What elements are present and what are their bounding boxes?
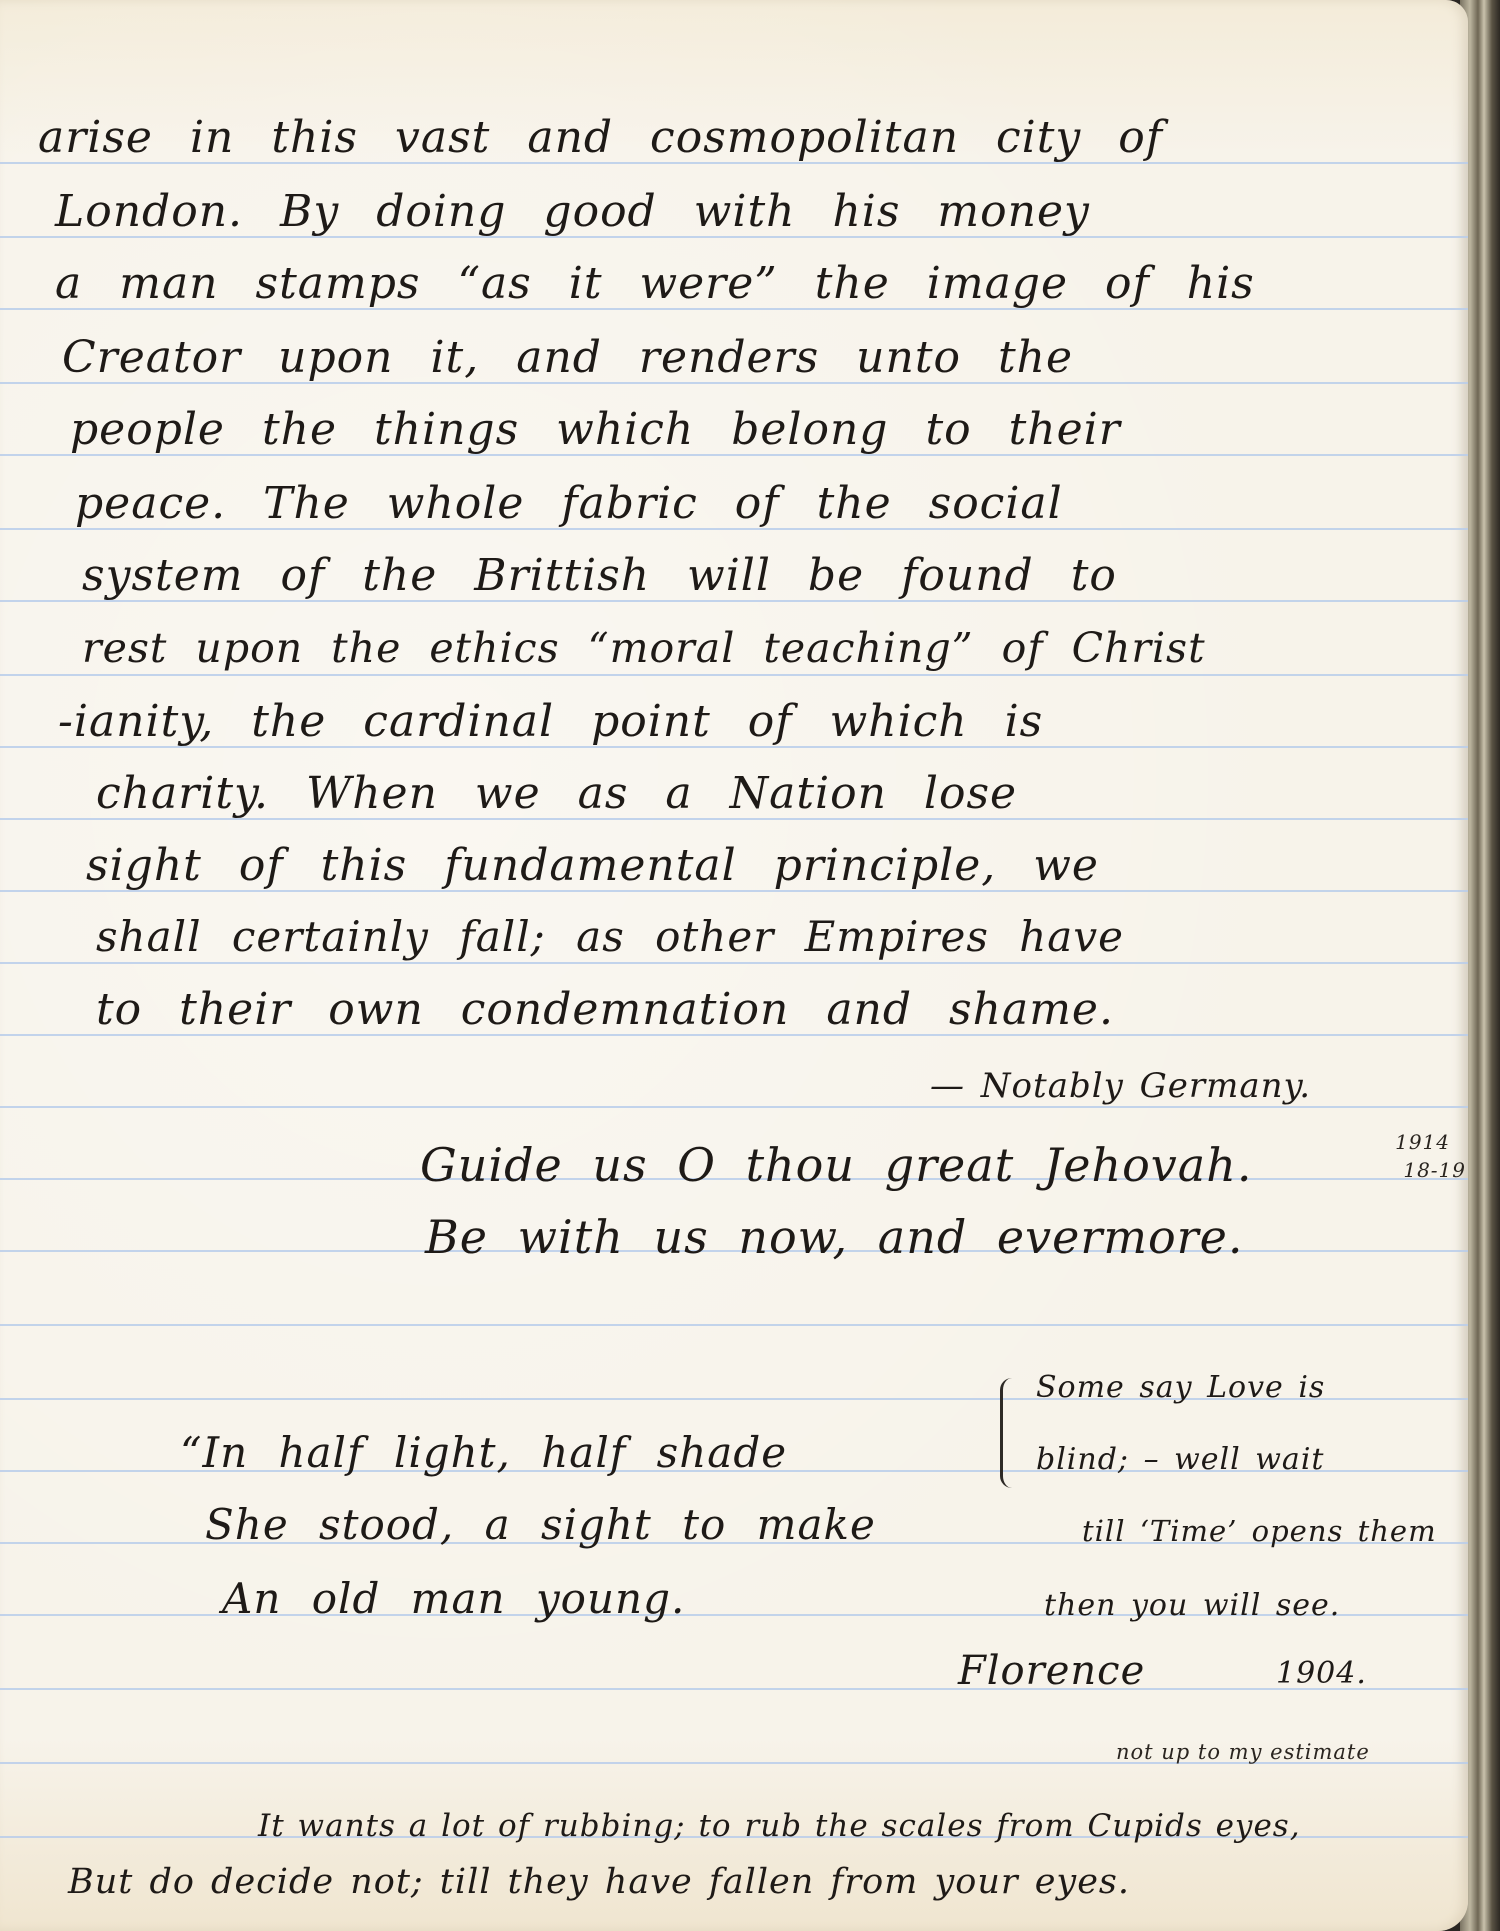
closing-line-2: But do decide not; till they have fallen… xyxy=(68,1862,1130,1902)
essay-line: London. By doing good with his money xyxy=(55,186,1090,237)
ruled-line xyxy=(0,1106,1468,1108)
ruled-line xyxy=(0,674,1468,676)
essay-line: to their own condemnation and shame. xyxy=(96,984,1114,1035)
essay-line: peace. The whole fabric of the social xyxy=(75,478,1063,529)
essay-line: -ianity, the cardinal point of which is xyxy=(58,696,1043,747)
ruled-line xyxy=(0,962,1468,964)
essay-line: people the things which belong to their xyxy=(70,404,1121,455)
poem-line-2: She stood, a sight to make xyxy=(205,1500,876,1549)
side-verse-line-3: till ‘Time’ opens them xyxy=(1082,1514,1437,1548)
side-verse-line-1: Some say Love is xyxy=(1036,1370,1325,1405)
poem-signature: Florence xyxy=(958,1648,1145,1694)
ruled-line xyxy=(0,1688,1468,1690)
essay-line: charity. When we as a Nation lose xyxy=(96,768,1017,819)
poem-year: 1904. xyxy=(1276,1656,1367,1691)
hymn-year-1819: 18-19 xyxy=(1403,1158,1466,1182)
notebook-page: arise in this vast and cosmopolitan city… xyxy=(0,0,1468,1931)
side-verse-line-4: then you will see. xyxy=(1044,1588,1340,1623)
essay-line: sight of this fundamental principle, we xyxy=(86,840,1099,891)
hymn-year-1914: 1914 xyxy=(1395,1130,1450,1154)
essay-line: a man stamps “as it were” the image of h… xyxy=(55,258,1255,309)
poem-line-3: An old man young. xyxy=(222,1574,685,1623)
essay-line: Creator upon it, and renders unto the xyxy=(62,332,1073,383)
closing-line-1: It wants a lot of rubbing; to rub the sc… xyxy=(258,1808,1301,1844)
annotation-notably-germany: — Notably Germany. xyxy=(930,1066,1311,1106)
side-verse-line-2: blind; – well wait xyxy=(1036,1442,1324,1477)
ruled-line xyxy=(0,1324,1468,1326)
essay-line: system of the Brittish will be found to xyxy=(82,550,1117,601)
hymn-line-2: Be with us now, and evermore. xyxy=(425,1210,1244,1264)
poem-line-1: “In half light, half shade xyxy=(180,1428,787,1477)
remark-not-up-to-estimate: not up to my estimate xyxy=(1116,1740,1370,1764)
hymn-line-1: Guide us O thou great Jehovah. xyxy=(420,1138,1252,1192)
brace-bracket xyxy=(1000,1378,1017,1488)
essay-line: rest upon the ethics “moral teaching” of… xyxy=(82,624,1206,672)
essay-line: shall certainly fall; as other Empires h… xyxy=(96,912,1124,961)
essay-line: arise in this vast and cosmopolitan city… xyxy=(38,112,1163,163)
